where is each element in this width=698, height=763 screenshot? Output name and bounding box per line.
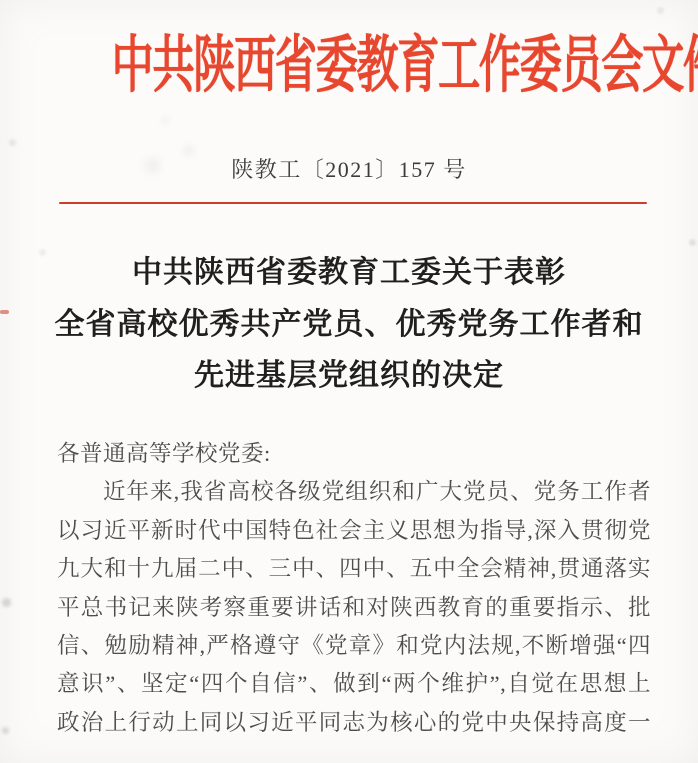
body-text-block: 各普通高等学校党委: 近年来,我省高校各级党组织和广大党员、党务工作者坚持 以习…: [57, 435, 651, 742]
body-line-4: 平总书记来陕考察重要讲话和对陕西教育的重要指示、批示、回: [57, 589, 651, 627]
body-line-3: 九大和十九届二中、三中、四中、五中全会精神,贯通落实习近: [57, 550, 651, 588]
title-line-2: 全省高校优秀共产党员、优秀党务工作者和: [0, 299, 698, 351]
body-line-1: 近年来,我省高校各级党组织和广大党员、党务工作者坚持: [57, 473, 651, 511]
red-ink-speck: [0, 310, 9, 314]
salutation-line: 各普通高等学校党委:: [57, 435, 651, 473]
title-line-1: 中共陕西省委教育工委关于表彰: [0, 247, 698, 299]
body-line-5: 信、勉励精神,严格遵守《党章》和党内法规,不断增强“四个: [57, 627, 651, 665]
scanned-document-page: 中共陕西省委教育工作委员会文件 陕教工〔2021〕157 号 中共陕西省委教育工…: [0, 0, 698, 763]
red-divider-rule: [59, 202, 647, 204]
body-line-7: 政治上行动上同以习近平同志为核心的党中央保持高度一致,立: [57, 704, 651, 742]
scan-noise-speckles: [0, 0, 5, 5]
title-line-3: 先进基层党组织的决定: [0, 350, 698, 402]
body-line-6: 意识”、坚定“四个自信”、做到“两个维护”,自觉在思想上: [57, 665, 651, 703]
document-number: 陕教工〔2021〕157 号: [0, 155, 698, 185]
body-line-2: 以习近平新时代中国特色社会主义思想为指导,深入贯彻党的十: [57, 512, 651, 550]
document-title: 中共陕西省委教育工委关于表彰 全省高校优秀共产党员、优秀党务工作者和 先进基层党…: [0, 247, 698, 402]
masthead-title: 中共陕西省委教育工作委员会文件: [112, 24, 587, 108]
